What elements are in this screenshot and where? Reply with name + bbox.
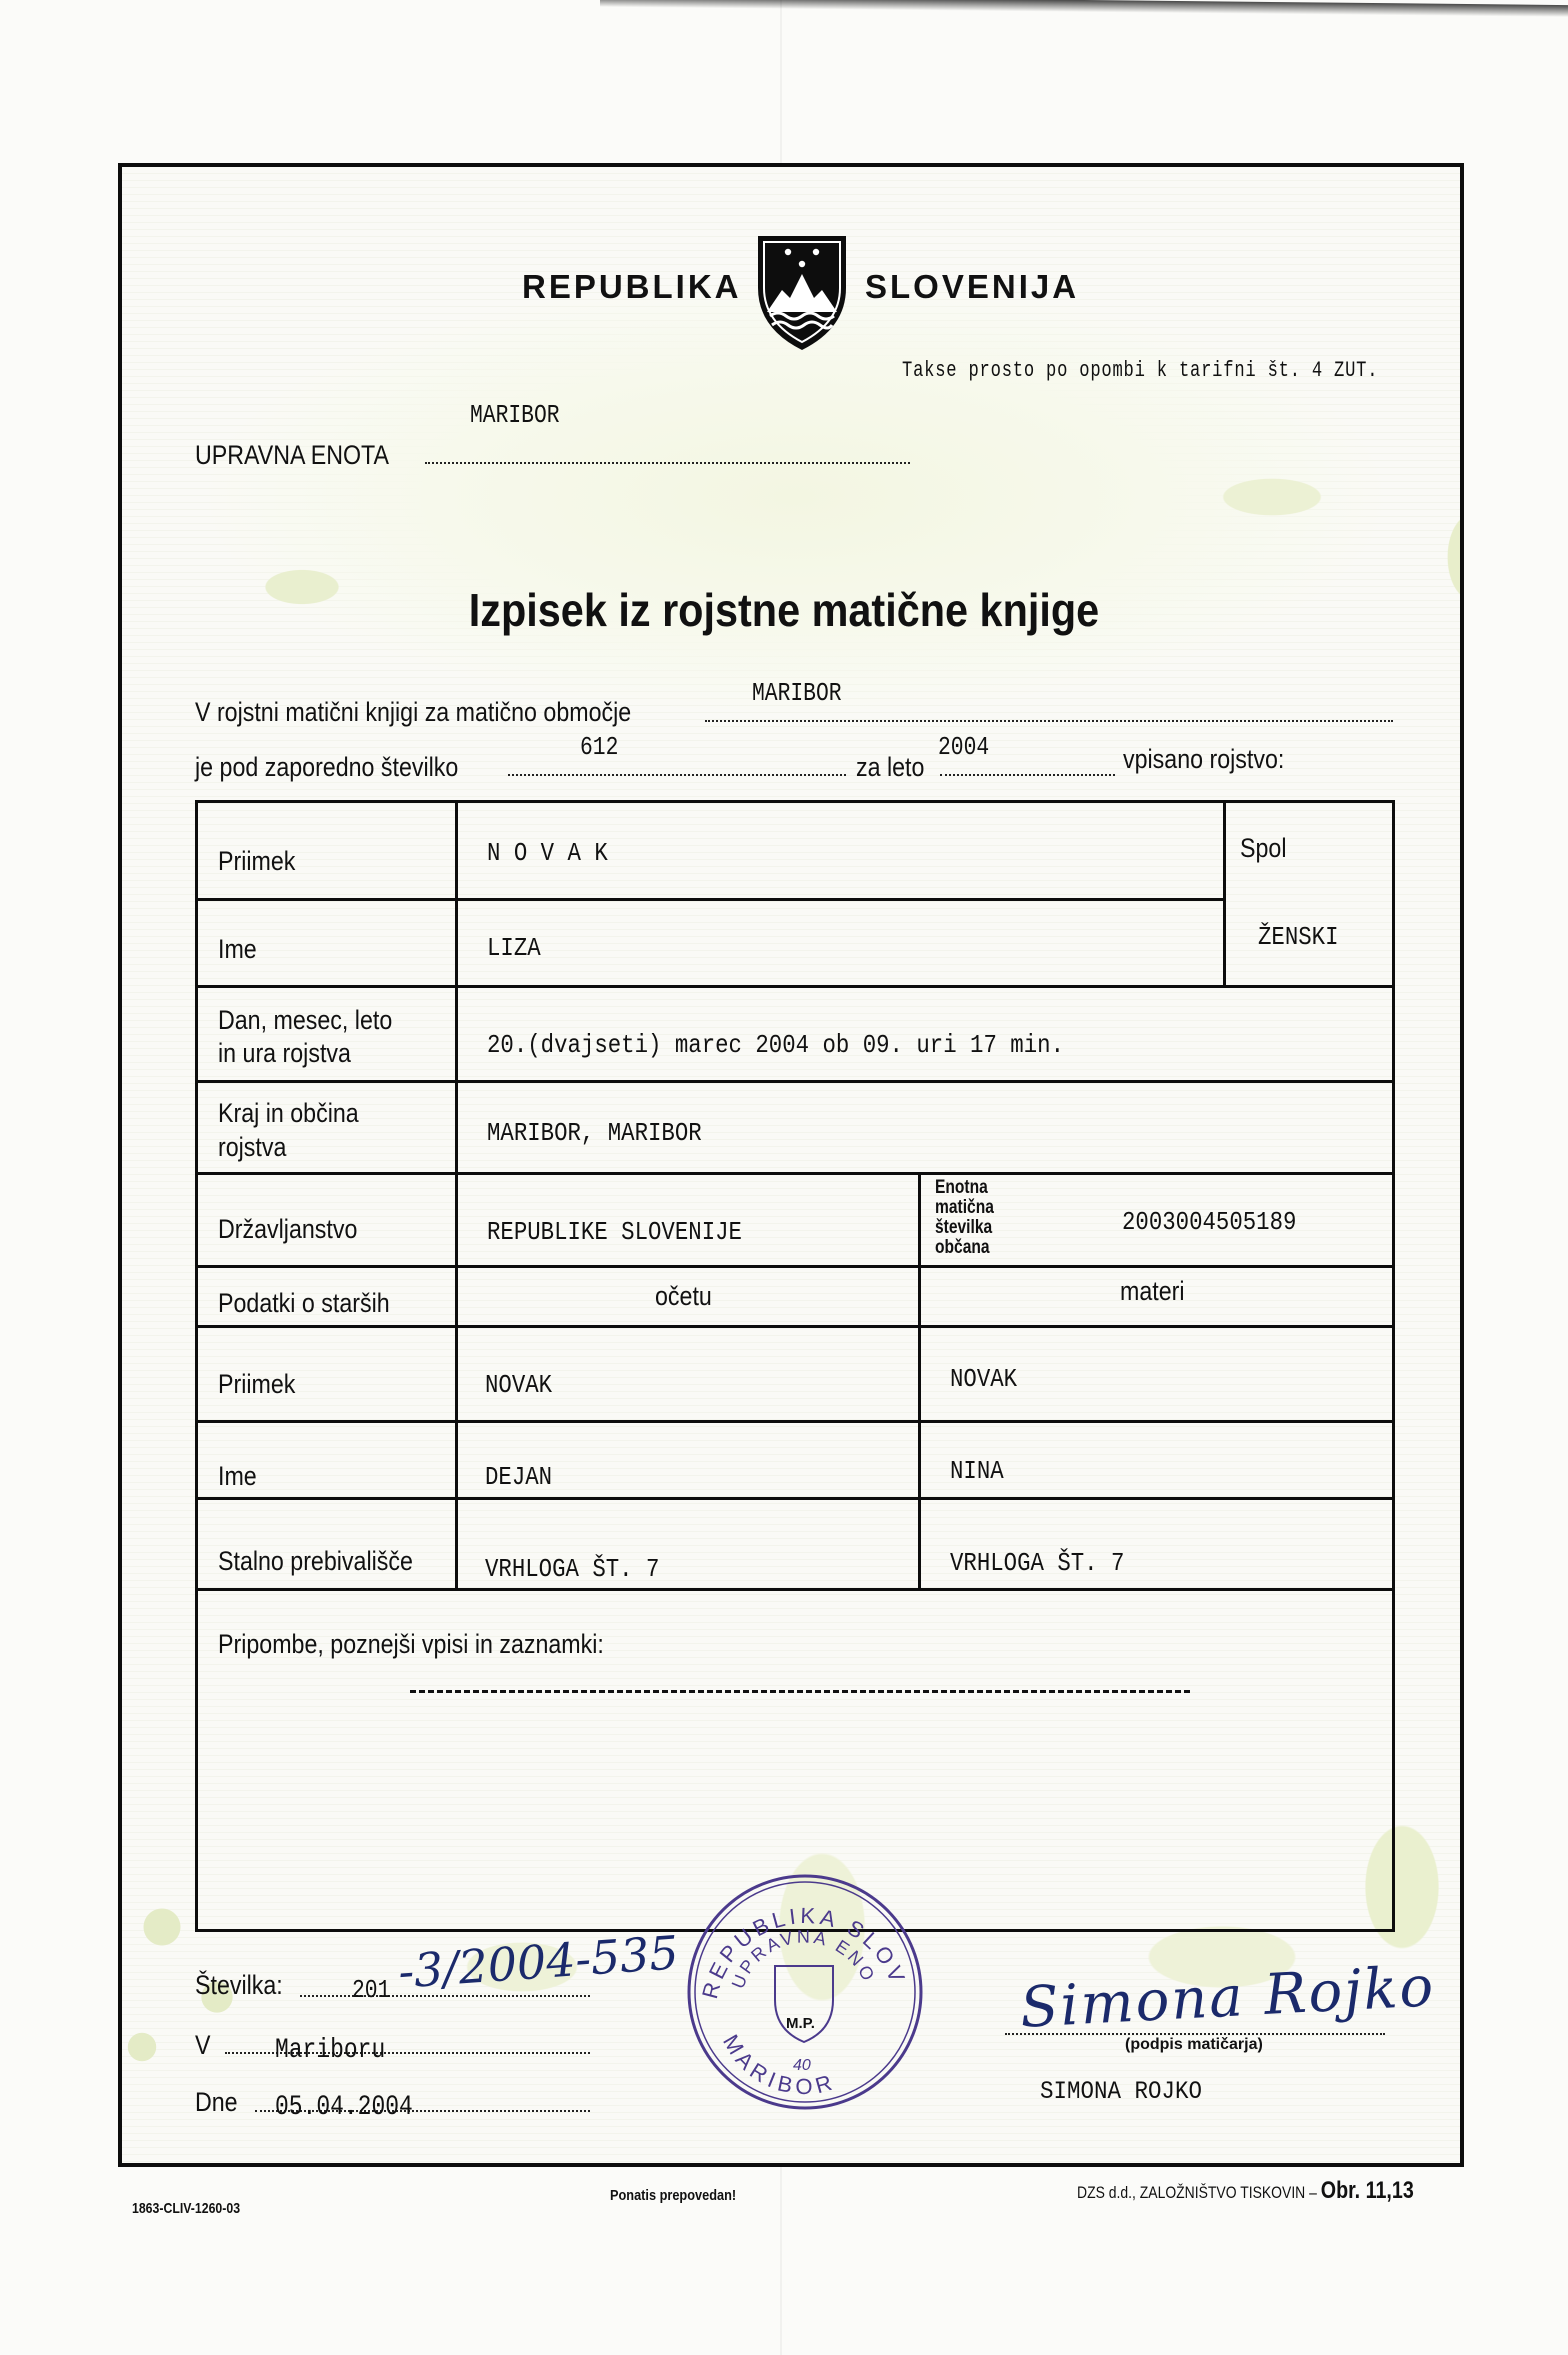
country-name-left: REPUBLIKA (522, 268, 742, 306)
child-surname-label: Priimek (218, 845, 295, 878)
serial-number-line (508, 774, 846, 776)
birth-place-label-1: Kraj in občina (218, 1097, 359, 1130)
document-title: Izpisek iz rojstne matične knjige (78, 583, 1489, 637)
table-divider (195, 898, 1225, 901)
admin-unit-line (425, 462, 910, 464)
mother-surname-value: NOVAK (950, 1364, 1017, 1394)
signature-caption: (podpis matičarja) (1125, 2036, 1263, 2054)
father-residence-value: VRHLOGA ŠT. 7 (485, 1554, 659, 1584)
issue-place-value: Mariboru (275, 2035, 385, 2066)
mother-residence-value: VRHLOGA ŠT. 7 (950, 1548, 1124, 1578)
emso-label-3: številka (935, 1218, 992, 1237)
citizenship-label: Državljanstvo (218, 1213, 357, 1246)
issue-place-label: V (195, 2030, 210, 2061)
year-line (940, 774, 1115, 776)
table-divider (195, 1172, 1395, 1175)
table-divider (195, 985, 1395, 988)
table-divider (195, 1080, 1395, 1083)
emso-value: 2003004505189 (1122, 1207, 1296, 1237)
mother-header: materi (1120, 1275, 1185, 1308)
admin-unit-label: UPRAVNA ENOTA (195, 440, 389, 471)
issue-date-value: 05.04.2004 (275, 2092, 413, 2123)
emso-label-4: občana (935, 1238, 990, 1257)
form-code: 1863-CLIV-1260-03 (132, 2200, 240, 2217)
stamp-city: MARIBOR (718, 2030, 839, 2099)
registrar-printed-name: SIMONA ROJKO (1040, 2077, 1202, 2106)
registry-area-line (705, 720, 1393, 722)
year-value: 2004 (938, 732, 989, 762)
sex-value: ŽENSKI (1258, 922, 1339, 952)
form-number: Obr. 11,13 (1321, 2177, 1414, 2204)
birth-record-table (195, 800, 1395, 1932)
table-divider (195, 1265, 1395, 1268)
issue-number-label: Številka: (195, 1970, 283, 2001)
issue-number-printed: 201 (352, 1975, 390, 2005)
serial-number-value: 612 (580, 732, 618, 762)
emso-label-2: matična (935, 1198, 994, 1217)
child-surname-value: N O V A K (487, 838, 608, 868)
child-name-label: Ime (218, 933, 257, 966)
emso-label-1: Enotna (935, 1178, 988, 1197)
serial-number-label: je pod zaporedno številko (195, 752, 458, 783)
parents-section-label: Podatki o starših (218, 1287, 390, 1320)
father-surname-value: NOVAK (485, 1370, 552, 1400)
table-divider (195, 1497, 1395, 1500)
mother-name-value: NINA (950, 1456, 1004, 1486)
table-divider (455, 800, 458, 1590)
tax-exemption-note: Takse prosto po opombi k tarifni št. 4 Z… (902, 358, 1378, 383)
registry-area-value: MARIBOR (752, 678, 842, 708)
father-name-value: DEJAN (485, 1462, 552, 1492)
parent-surname-label: Priimek (218, 1368, 295, 1401)
stamp-number: 40 (793, 2057, 811, 2074)
birth-place-label-2: rojstva (218, 1131, 286, 1164)
table-divider (195, 1420, 1395, 1423)
table-divider (195, 1325, 1395, 1328)
remarks-label: Pripombe, poznejši vpisi in zaznamki: (218, 1628, 604, 1661)
country-name-right: SLOVENIJA (865, 268, 1079, 306)
birth-datetime-value: 20.(dvajseti) marec 2004 ob 09. uri 17 m… (487, 1030, 1064, 1060)
remarks-empty-line (410, 1690, 1190, 1693)
table-divider (1223, 800, 1226, 985)
table-divider (195, 1588, 1395, 1591)
sex-label: Spol (1240, 832, 1286, 865)
svg-text:MARIBOR: MARIBOR (718, 2030, 839, 2099)
slovenia-coat-of-arms-icon (752, 228, 852, 353)
page-top-shadow (600, 0, 1568, 17)
year-label: za leto (856, 752, 924, 783)
official-stamp: REPUBLIKA SLOVENIJA UPRAVNA ENOTA M.P. 4… (683, 1870, 928, 2115)
citizenship-value: REPUBLIKE SLOVENIJE (487, 1217, 742, 1247)
birth-datetime-label-2: in ura rojstva (218, 1037, 351, 1070)
publisher-name: DZS d.d., ZALOŽNIŠTVO TISKOVIN – (1077, 2183, 1317, 2202)
admin-unit-value: MARIBOR (470, 400, 560, 430)
registry-area-label: V rojstni matični knjigi za matično obmo… (195, 697, 631, 728)
stamp-mp: M.P. (786, 2015, 815, 2032)
table-divider (918, 1175, 921, 1590)
publisher-text: DZS d.d., ZALOŽNIŠTVO TISKOVIN – Obr. 11… (1077, 2177, 1414, 2205)
parent-residence-label: Stalno prebivališče (218, 1545, 413, 1578)
issue-date-label: Dne (195, 2087, 238, 2118)
registered-birth-label: vpisano rojstvo: (1123, 744, 1284, 775)
birth-place-value: MARIBOR, MARIBOR (487, 1118, 702, 1148)
birth-datetime-label-1: Dan, mesec, leto (218, 1004, 392, 1037)
parent-name-label: Ime (218, 1460, 257, 1493)
reprint-notice: Ponatis prepovedan! (610, 2187, 736, 2204)
child-name-value: LIZA (487, 933, 541, 963)
signature-line (1005, 2033, 1385, 2035)
father-header: očetu (655, 1280, 712, 1313)
